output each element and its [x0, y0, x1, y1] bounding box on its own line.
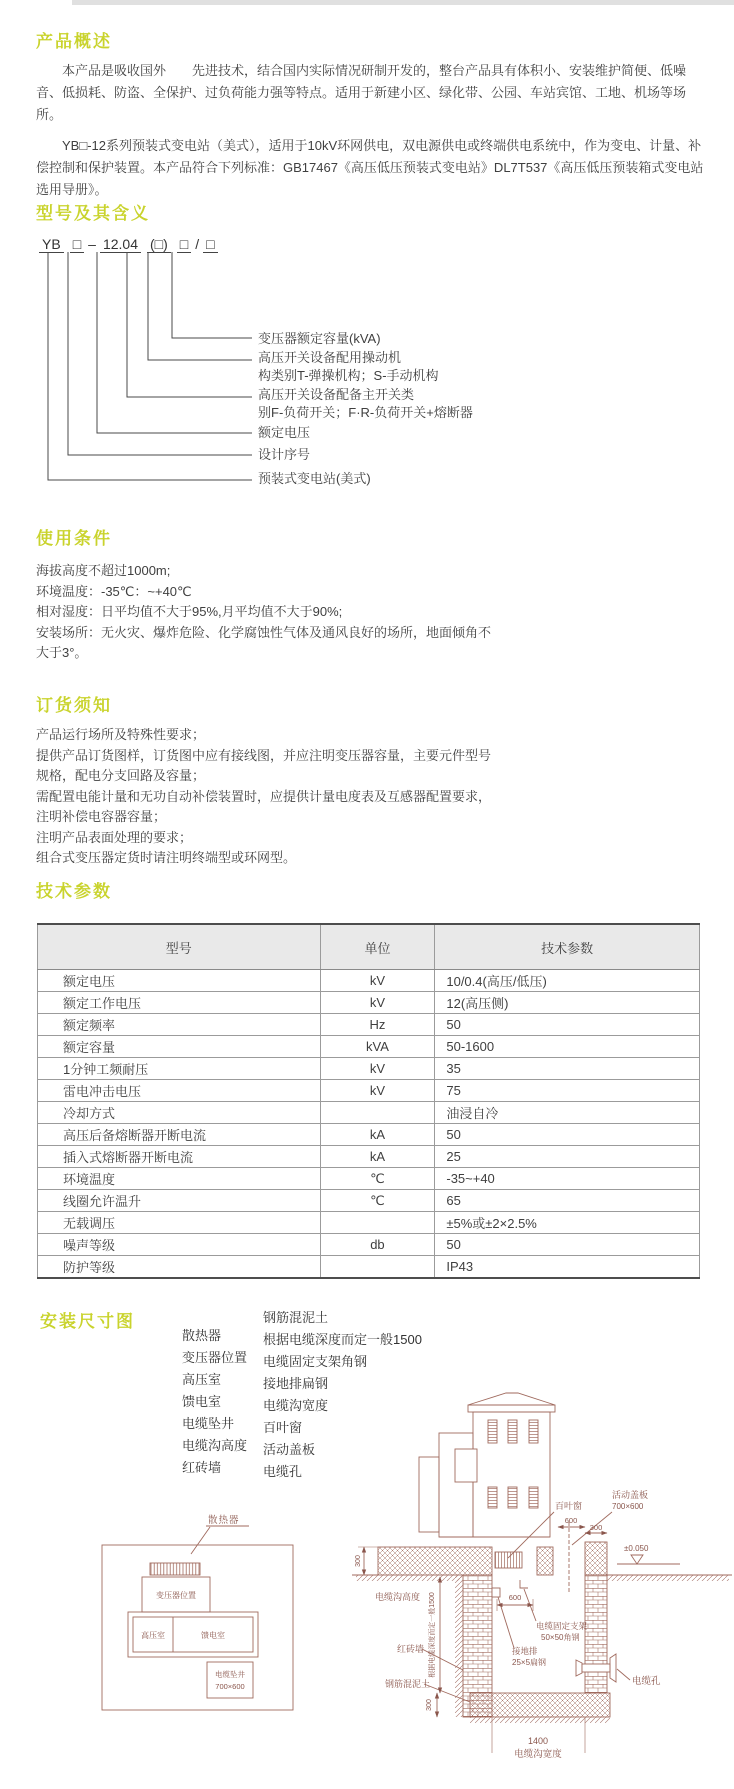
- table-row: 额定容量kVA50-1600: [38, 1036, 700, 1058]
- foundation-block-right: [585, 1542, 607, 1575]
- table-row: 额定频率Hz50: [38, 1014, 700, 1036]
- cable-pit-size-label: 700×600: [215, 1682, 244, 1691]
- cable-hole-duct: [582, 1664, 610, 1672]
- depth-note-label: 根据电缆深度而定一般1500: [427, 1592, 436, 1678]
- install-legend-left: 散热器变压器位置高压室馈电室电缆坠井电缆沟高度红砖墙: [182, 1325, 247, 1479]
- cable-hole-flange-left: [576, 1660, 582, 1676]
- model-label-main-switch: 高压开关设备配备主开关类 别F-负荷开关；F·R-负荷开关+熔断器: [258, 386, 473, 421]
- text-line: 红砖墙: [182, 1457, 247, 1479]
- text-line: 馈电室: [182, 1391, 247, 1413]
- roof-band: [468, 1405, 555, 1412]
- plan-view-diagram: 散热器 变压器位置 高压室 馈电室 电缆坠井 700×600: [95, 1505, 305, 1717]
- table-row: 插入式熔断器开断电流kA25: [38, 1146, 700, 1168]
- table-row: 额定电压kV10/0.4(高压/低压): [38, 970, 700, 992]
- table-cell: 线圈允许温升: [38, 1190, 321, 1212]
- table-cell: 50: [435, 1234, 700, 1256]
- formula-segment: □: [70, 236, 84, 253]
- top-divider: [72, 0, 734, 5]
- text-line: 根据电缆深度而定一般1500: [263, 1329, 422, 1351]
- text-line: 散热器: [182, 1325, 247, 1347]
- table-cell: 冷却方式: [38, 1102, 321, 1124]
- text-line: 电缆固定支架角钢: [263, 1351, 422, 1373]
- earth-hatch-wall-left: [455, 1575, 463, 1717]
- table-row: 无载调压±5%或±2×2.5%: [38, 1212, 700, 1234]
- text-line: 需配置电能计量和无功自动补偿装置时，应提供计量电度表及互感器配置要求，注明补偿电…: [36, 787, 498, 828]
- table-cell: ℃: [320, 1168, 435, 1190]
- cover-label: 活动盖板: [612, 1489, 648, 1500]
- table-row: 线圈允许温升℃65: [38, 1190, 700, 1212]
- bracket-size-label: 50×50角钢: [541, 1632, 579, 1642]
- roof: [468, 1393, 555, 1405]
- bracket-label: 电缆固定支架: [536, 1621, 588, 1631]
- table-cell: 无载调压: [38, 1212, 321, 1234]
- vent-bottom-3: [529, 1487, 538, 1508]
- louver-opening: [495, 1552, 522, 1568]
- model-label-mechanism: 高压开关设备配用操动机 构类别T-弹操机构；S-手动机构: [258, 349, 439, 384]
- vent-bottom-2: [508, 1487, 517, 1508]
- radiator-fins: [150, 1563, 200, 1575]
- text-line: 组合式变压器定货时请注明终端型或环网型。: [36, 848, 498, 869]
- dim-300-bottom-label: 300: [426, 1699, 433, 1711]
- model-label-station-type: 预装式变电站(美式): [258, 470, 371, 488]
- table-cell: [320, 1256, 435, 1279]
- trench-bottom-slab: [470, 1693, 610, 1717]
- formula-segment: 12.04: [100, 236, 141, 253]
- cable-pit-label: 电缆坠井: [215, 1669, 245, 1679]
- text-line: 高压室: [182, 1369, 247, 1391]
- text-line: 相对湿度：日平均值不大于95%,月平均值不大于90%;: [36, 602, 498, 623]
- feeder-room-label: 馈电室: [201, 1630, 225, 1640]
- table-cell: 额定工作电压: [38, 992, 321, 1014]
- table-cell: kV: [320, 970, 435, 992]
- section-heading-conditions: 使用条件: [36, 524, 112, 549]
- table-cell: kV: [320, 1080, 435, 1102]
- table-cell: kA: [320, 1124, 435, 1146]
- table-cell: 环境温度: [38, 1168, 321, 1190]
- table-cell: 75: [435, 1080, 700, 1102]
- text-line: 安装场所：无火灾、爆炸危险、化学腐蚀性气体及通风良好的场所，地面倾角不大于3°。: [36, 623, 498, 664]
- table-cell: 50: [435, 1014, 700, 1036]
- table-cell: 额定电压: [38, 970, 321, 992]
- radiator-label: 散热器: [208, 1514, 240, 1526]
- ground-bar-label: 接地排: [512, 1646, 538, 1656]
- table-cell: 防护等级: [38, 1256, 321, 1279]
- side-box-bushing: [455, 1449, 477, 1482]
- earth-hatch-bottom: [470, 1717, 610, 1723]
- hv-room-label: 高压室: [141, 1630, 165, 1640]
- louver-label: 百叶窗: [555, 1500, 582, 1511]
- side-box-small: [419, 1457, 439, 1532]
- overview-paragraph-2: YB□-12系列预装式变电站（美式），适用于10kV环网供电，双电源供电或终端供…: [36, 135, 706, 201]
- table-cell: ±5%或±2×2.5%: [435, 1212, 700, 1234]
- trench-width-label: 电缆沟宽度: [514, 1748, 562, 1760]
- table-row: 防护等级IP43: [38, 1256, 700, 1279]
- level-mark-triangle: [631, 1555, 643, 1564]
- table-cell: 50-1600: [435, 1036, 700, 1058]
- table-cell: [320, 1102, 435, 1124]
- table-cell: 雷电冲击电压: [38, 1080, 321, 1102]
- table-cell: kV: [320, 992, 435, 1014]
- concrete-label: 钢筋混泥土: [385, 1678, 430, 1689]
- table-row: 雷电冲击电压kV75: [38, 1080, 700, 1102]
- level-label: ±0.050: [624, 1544, 649, 1553]
- table-cell: db: [320, 1234, 435, 1256]
- cable-hole-label: 电缆孔: [632, 1675, 661, 1687]
- dim-300-left-label: 300: [355, 1555, 362, 1567]
- text-line: 环境温度：-35℃：~+40℃: [36, 582, 498, 603]
- section-view-diagram: 百叶窗 活动盖板 700×600 600 300 300 ±0.050 电缆沟高…: [350, 1388, 734, 1770]
- table-cell: -35~+40: [435, 1168, 700, 1190]
- table-row: 环境温度℃-35~+40: [38, 1168, 700, 1190]
- dim-300-top-label: 300: [590, 1523, 603, 1532]
- table-header-model: 型号: [38, 924, 321, 970]
- trench-width-value: 1400: [528, 1736, 548, 1746]
- cover-size-label: 700×600: [612, 1502, 644, 1511]
- section-heading-overview: 产品概述: [36, 27, 112, 52]
- brick-wall-right: [585, 1575, 607, 1693]
- section-heading-install: 安装尺寸图: [40, 1307, 135, 1332]
- model-formula: YB□–12.04(□)□/□: [36, 236, 221, 253]
- transformer-label: 变压器位置: [156, 1590, 196, 1600]
- table-cell: Hz: [320, 1014, 435, 1036]
- text-line: 海拔高度不超过1000m;: [36, 561, 498, 582]
- model-label-capacity: 变压器额定容量(kVA): [258, 330, 381, 348]
- vent-top-3: [529, 1420, 538, 1443]
- brick-wall-label: 红砖墙: [397, 1643, 424, 1654]
- vent-top-1: [488, 1420, 497, 1443]
- table-cell: kA: [320, 1146, 435, 1168]
- section-heading-model: 型号及其含义: [36, 199, 150, 224]
- table-cell: 65: [435, 1190, 700, 1212]
- earth-hatch-right: [607, 1575, 729, 1581]
- vent-top-2: [508, 1420, 517, 1443]
- table-header-row: 型号 单位 技术参数: [38, 924, 700, 970]
- table-cell: 插入式熔断器开断电流: [38, 1146, 321, 1168]
- dim-600-inner-label: 600: [509, 1593, 522, 1602]
- table-cell: 噪声等级: [38, 1234, 321, 1256]
- table-cell: 额定频率: [38, 1014, 321, 1036]
- table-row: 1分钟工频耐压kV35: [38, 1058, 700, 1080]
- text-line: 钢筋混泥土: [263, 1307, 422, 1329]
- table-cell: 高压后备熔断器开断电流: [38, 1124, 321, 1146]
- table-cell: 10/0.4(高压/低压): [435, 970, 700, 992]
- catalog-page: 产品概述 本产品是吸收国外 先进技术，结合国内实际情况研制开发的，整台产品具有体…: [0, 0, 734, 1789]
- earth-hatch-left: [356, 1575, 462, 1581]
- cable-hole-flange-right: [610, 1654, 616, 1682]
- table-cell: 12(高压侧): [435, 992, 700, 1014]
- formula-segment: □: [203, 236, 217, 253]
- table-row: 高压后备熔断器开断电流kA50: [38, 1124, 700, 1146]
- table-cell: kVA: [320, 1036, 435, 1058]
- ground-bar-size-label: 25×5扁钢: [512, 1657, 546, 1667]
- conditions-list: 海拔高度不超过1000m;环境温度：-35℃：~+40℃相对湿度：日平均值不大于…: [36, 561, 498, 664]
- text-line: 变压器位置: [182, 1347, 247, 1369]
- section-heading-params: 技术参数: [36, 877, 112, 902]
- table-row: 冷却方式油浸自冷: [38, 1102, 700, 1124]
- table-cell: 50: [435, 1124, 700, 1146]
- section-heading-ordering: 订货须知: [36, 691, 112, 716]
- model-ladder-lines: [30, 252, 256, 488]
- text-line: 注明产品表面处理的要求；: [36, 828, 498, 849]
- table-row: 额定工作电压kV12(高压侧): [38, 992, 700, 1014]
- formula-segment: (□): [147, 236, 171, 253]
- ladder-connector-lines: [48, 252, 252, 480]
- table-cell: 额定容量: [38, 1036, 321, 1058]
- formula-separator: –: [88, 236, 96, 252]
- table-cell: kV: [320, 1058, 435, 1080]
- technical-parameters-table: 型号 单位 技术参数 额定电压kV10/0.4(高压/低压)额定工作电压kV12…: [37, 923, 700, 1279]
- radiator-leader-line: [191, 1526, 249, 1554]
- model-label-rated-voltage: 额定电压: [258, 424, 310, 442]
- formula-separator: /: [195, 236, 199, 252]
- overview-paragraph-1: 本产品是吸收国外 先进技术，结合国内实际情况研制开发的，整台产品具有体积小、安装…: [36, 60, 706, 126]
- table-cell: ℃: [320, 1190, 435, 1212]
- table-cell: IP43: [435, 1256, 700, 1279]
- text-line: 电缆沟高度: [182, 1435, 247, 1457]
- table-cell: [320, 1212, 435, 1234]
- cable-hole-leader-line: [617, 1669, 630, 1680]
- foundation-block-middle: [537, 1547, 553, 1575]
- table-cell: 油浸自冷: [435, 1102, 700, 1124]
- cable-bracket-symbol: [520, 1580, 528, 1588]
- text-line: 电缆坠井: [182, 1413, 247, 1435]
- table-header-unit: 单位: [320, 924, 435, 970]
- formula-segment: YB: [39, 236, 64, 253]
- table-row: 噪声等级db50: [38, 1234, 700, 1256]
- vent-bottom-1: [488, 1487, 497, 1508]
- overview-paragraphs: 本产品是吸收国外 先进技术，结合国内实际情况研制开发的，整台产品具有体积小、安装…: [36, 60, 706, 201]
- foundation-slab-left: [378, 1547, 492, 1575]
- trench-height-label: 电缆沟高度: [375, 1591, 420, 1602]
- ordering-list: 产品运行场所及特殊性要求；提供产品订货图样，订货图中应有接线图，并应注明变压器容…: [36, 725, 498, 869]
- dim-600-top-label: 600: [565, 1516, 578, 1525]
- model-label-design-serial: 设计序号: [258, 446, 310, 464]
- table-header-value: 技术参数: [435, 924, 700, 970]
- formula-segment: □: [177, 236, 191, 253]
- table-cell: 35: [435, 1058, 700, 1080]
- ground-bar-symbol: [492, 1588, 500, 1597]
- table-cell: 1分钟工频耐压: [38, 1058, 321, 1080]
- table-cell: 25: [435, 1146, 700, 1168]
- cable-pit-box: [207, 1662, 253, 1698]
- text-line: 提供产品订货图样，订货图中应有接线图，并应注明变压器容量，主要元件型号规格，配电…: [36, 746, 498, 787]
- text-line: 产品运行场所及特殊性要求；: [36, 725, 498, 746]
